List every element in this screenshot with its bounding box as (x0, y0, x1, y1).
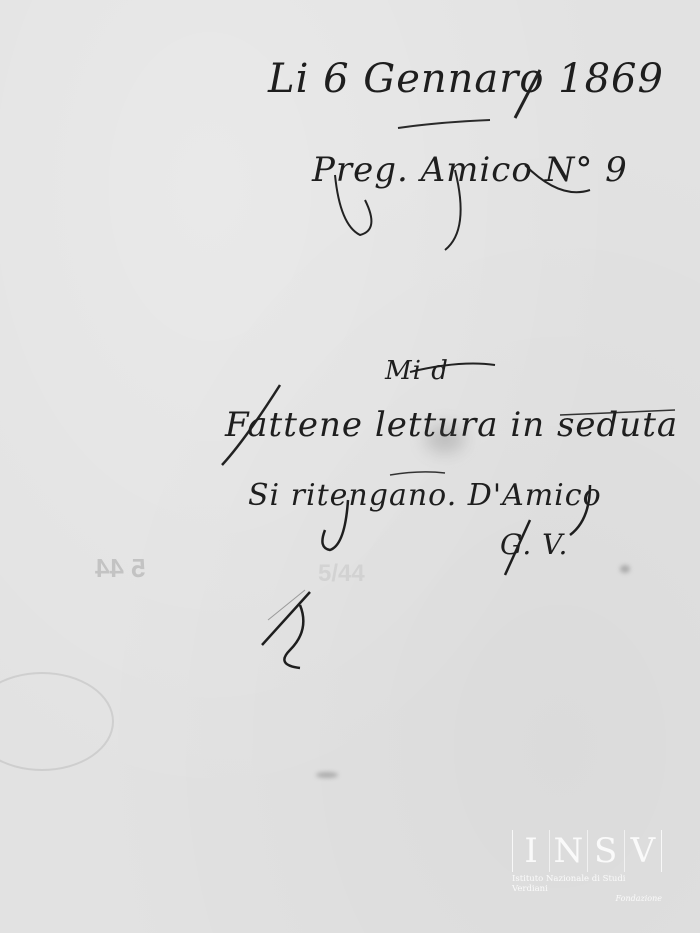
insv-watermark: I N S V Istituto Nazionale di Studi Verd… (512, 830, 662, 903)
watermark-letter: V (625, 830, 661, 872)
document-page: Li 6 Gennaro 1869 Preg. Amico N° 9 Mi d … (0, 0, 700, 933)
archive-number-mirrored: 5 44 (95, 553, 146, 584)
archive-number-ghost: 5/44 (318, 560, 365, 588)
body-line-3: Si ritengano. D'Amico (248, 478, 602, 513)
watermark-institution: Istituto Nazionale di Studi Verdiani (512, 874, 662, 894)
ink-flourishes (0, 0, 700, 933)
ink-spot (316, 772, 338, 778)
watermark-letter: I (513, 830, 550, 872)
watermark-letter: N (550, 830, 587, 872)
body-line-1: Mi d (385, 356, 449, 386)
watermark-letter: S (588, 830, 625, 872)
watermark-subtitle: Fondazione (512, 894, 662, 903)
watermark-letters: I N S V (512, 830, 662, 872)
ink-spot (620, 565, 630, 573)
ink-smudge (425, 425, 465, 453)
signature-initials: G. V. (500, 528, 568, 561)
reference-line: Preg. Amico N° 9 (312, 150, 628, 190)
date-line: Li 6 Gennaro 1869 (268, 56, 664, 102)
